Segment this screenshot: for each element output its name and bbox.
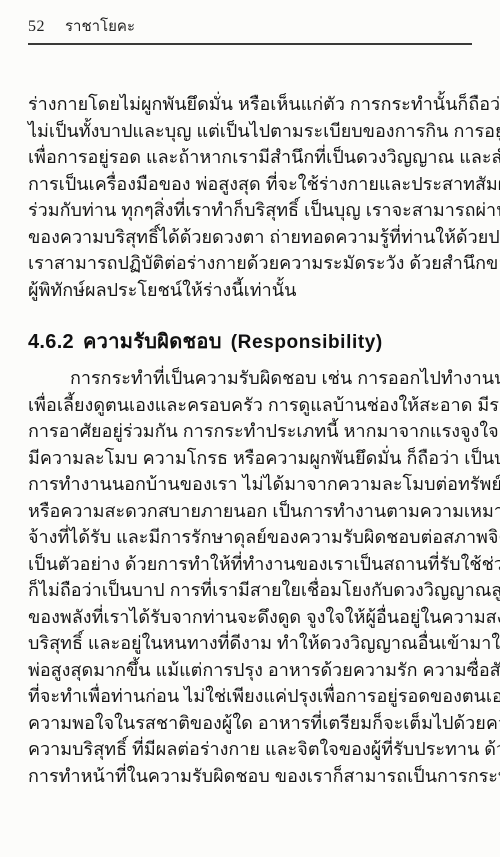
text-line: เพื่อการอยู่รอด และถ้าหากเรามีสำนึกที่เป… — [28, 144, 472, 171]
text-line: ผู้พิทักษ์ผลประโยชน์ให้ร่างนี้เท่านั้น — [28, 277, 472, 304]
section-number: 4.6.2 — [28, 331, 74, 354]
page-body: ร่างกายโดยไม่ผูกพันยึดมั่น หรือเห็นแก่ตั… — [28, 91, 472, 789]
text-line: บริสุทธิ์ และอยู่ในหนทางที่ดีงาม ทำให้ดว… — [28, 630, 472, 657]
text-line: การทำงานนอกบ้านของเรา ไม่ได้มาจากความละโ… — [28, 471, 472, 498]
page-header: 52 ราชาโยคะ — [28, 14, 472, 38]
text-line: ความพอใจในรสชาติของผู้ใด อาหารที่เตรียมก… — [28, 710, 472, 737]
text-line: ไม่เป็นทั้งบาปและบุญ แต่เป็นไปตามระเบียบ… — [28, 118, 472, 145]
text-line: ของความบริสุทธิ์ได้ด้วยดวงตา ถ่ายทอดความ… — [28, 224, 472, 251]
text-line: เป็นตัวอย่าง ด้วยการทำให้ที่ทำงานของเราเ… — [28, 551, 472, 578]
text-line: พ่อสูงสุดมากขึ้น แม้แต่การปรุง อาหารด้วย… — [28, 657, 472, 684]
text-line: การเป็นเครื่องมือของ พ่อสูงสุด ที่จะใช้ร… — [28, 171, 472, 198]
section-title-english: (Responsibility) — [231, 332, 383, 354]
text-line: ความบริสุทธิ์ ที่มีผลต่อร่างกาย และจิตใจ… — [28, 736, 472, 763]
text-line: ที่จะทำเพื่อท่านก่อน ไม่ใช่เพียงแค่ปรุงเ… — [28, 683, 472, 710]
running-title: ราชาโยคะ — [65, 14, 135, 38]
paragraph-responsibility: การกระทำที่เป็นความรับผิดชอบ เช่น การออก… — [28, 365, 472, 789]
text-line: การอาศัยอยู่ร่วมกัน การกระทำประเภทนี้ หา… — [28, 418, 472, 445]
text-line: การกระทำที่เป็นความรับผิดชอบ เช่น การออก… — [28, 365, 472, 392]
page-number: 52 — [28, 18, 45, 36]
header-rule — [28, 43, 472, 45]
text-line: ของพลังที่เราได้รับจากท่านจะดึงดูด จูงใจ… — [28, 604, 472, 631]
text-line: การทำหน้าที่ในความรับผิดชอบ ของเราก็สามา… — [28, 763, 472, 790]
text-line: มีความละโมบ ความโกรธ หรือความผูกพันยึดมั… — [28, 445, 472, 472]
section-title-thai: ความรับผิดชอบ — [83, 325, 222, 357]
paragraph-intro: ร่างกายโดยไม่ผูกพันยึดมั่น หรือเห็นแก่ตั… — [28, 91, 472, 303]
text-line: หรือความสะดวกสบายภายนอก เป็นการทำงานตามค… — [28, 498, 472, 525]
text-line: เราสามารถปฏิบัติต่อร่างกายด้วยความระมัดร… — [28, 250, 472, 277]
text-line: ร่างกายโดยไม่ผูกพันยึดมั่น หรือเห็นแก่ตั… — [28, 91, 472, 118]
text-line: จ้างที่ได้รับ และมีการรักษาดุลย์ของความร… — [28, 524, 472, 551]
section-heading: 4.6.2 ความรับผิดชอบ (Responsibility) — [28, 325, 472, 357]
text-line: เพื่อเลี้ยงดูตนเองและครอบครัว การดูแลบ้า… — [28, 392, 472, 419]
text-line: ก็ไม่ถือว่าเป็นบาป การที่เรามีสายใยเชื่อ… — [28, 577, 472, 604]
text-line: ร่วมกับท่าน ทุกๆสิ่งที่เราทำก็บริสุทธิ์ … — [28, 197, 472, 224]
book-page: 52 ราชาโยคะ ร่างกายโดยไม่ผูกพันยึดมั่น ห… — [0, 0, 500, 857]
